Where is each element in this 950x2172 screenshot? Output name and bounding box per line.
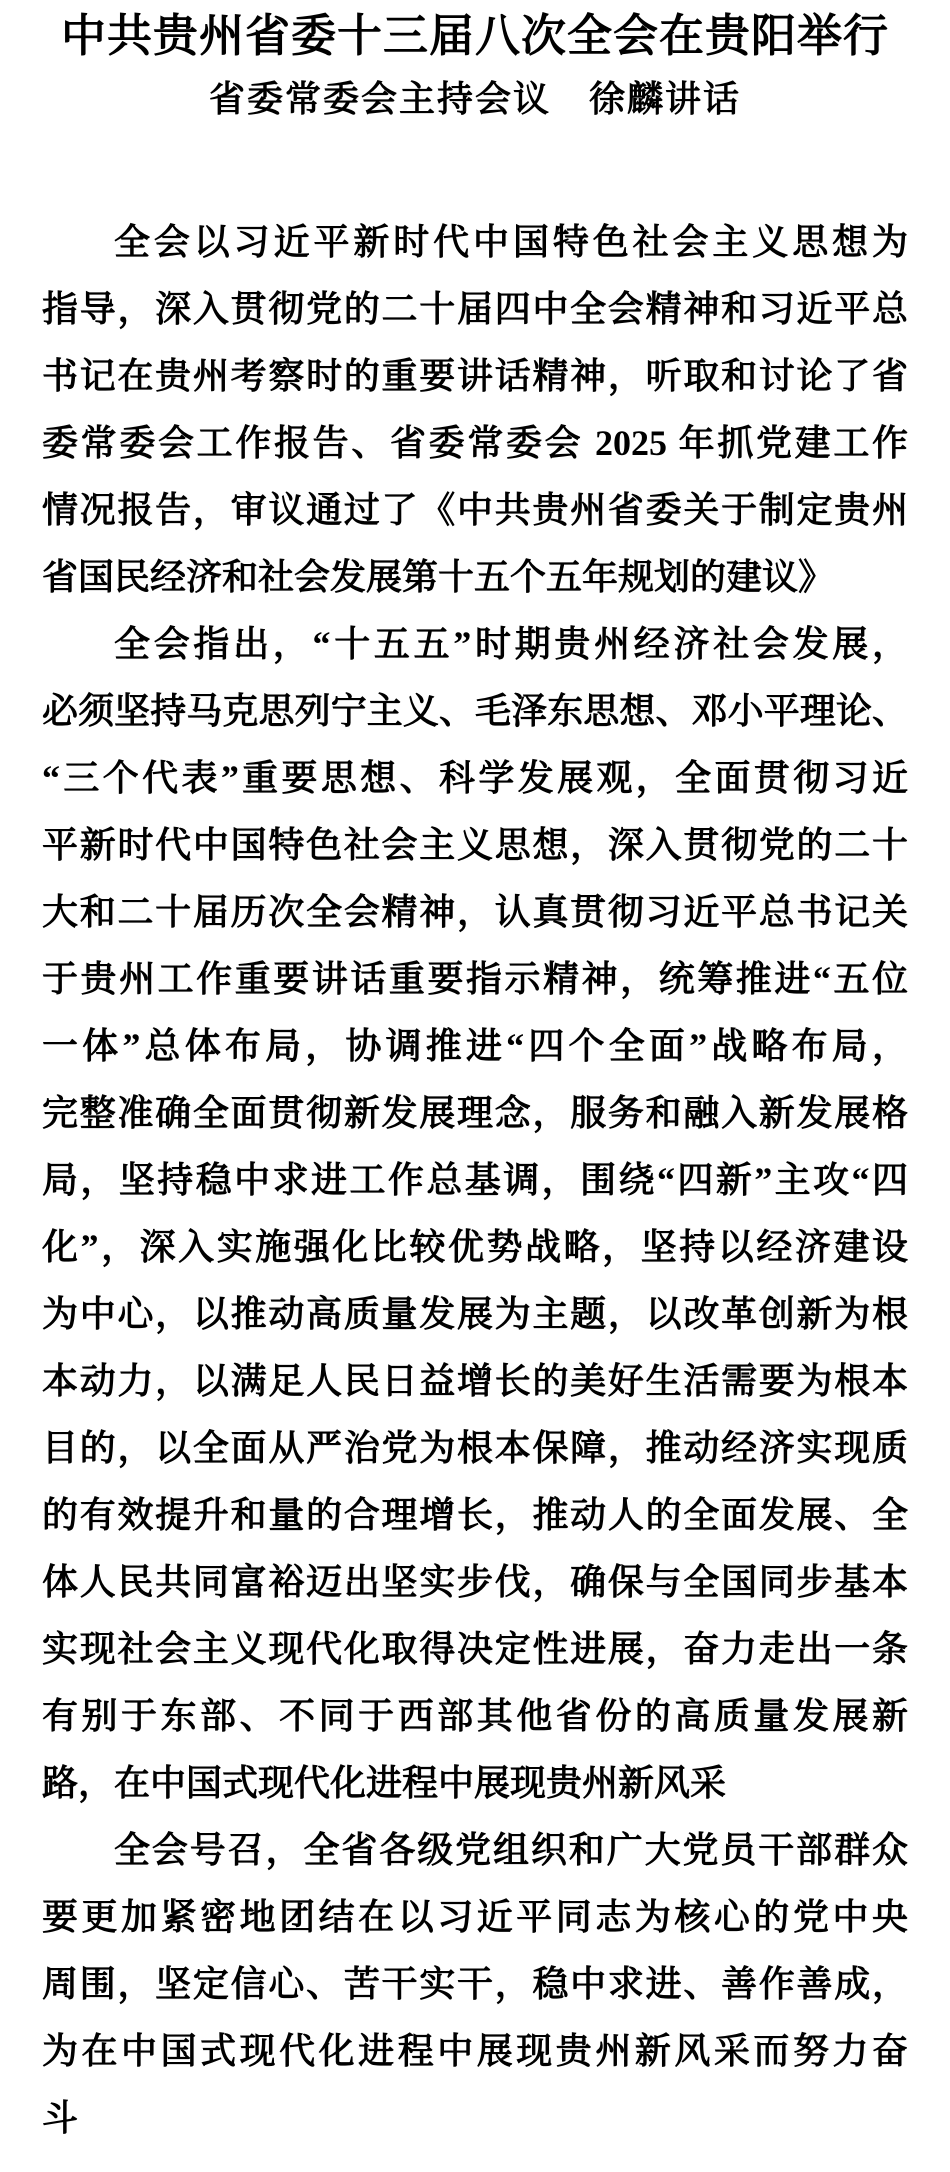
paragraph-2-line-5: 大和二十届历次全会精神，认真贯彻习近平总书记关 [42, 879, 908, 946]
paragraph-2-line-11: 为中心，以推动高质量发展为主题，以改革创新为根 [42, 1281, 908, 1348]
article-subtitle: 省委常委会主持会议 徐麟讲话 [42, 78, 908, 121]
paragraph-2-line-12: 本动力，以满足人民日益增长的美好生活需要为根本 [42, 1348, 908, 1415]
paragraph-3-line-2: 要更加紧密地团结在以习近平同志为核心的党中央 [42, 1884, 908, 1951]
paragraph-2-line-7: 一体”总体布局，协调推进“四个全面”战略布局， [42, 1013, 908, 1080]
paragraph-1-line-4: 委常委会工作报告、省委常委会 2025 年抓党建工作 [42, 410, 908, 477]
article-title: 中共贵州省委十三届八次全会在贵阳举行 [42, 8, 908, 64]
paragraph-2-line-14: 的有效提升和量的合理增长，推动人的全面发展、全 [42, 1482, 908, 1549]
paragraph-2-line-1: 全会指出，“十五五”时期贵州经济社会发展， [42, 611, 908, 678]
paragraph-2-line-16: 实现社会主义现代化取得决定性进展，奋力走出一条 [42, 1616, 908, 1683]
paragraph-2-line-17: 有别于东部、不同于西部其他省份的高质量发展新 [42, 1683, 908, 1750]
paragraph-2-line-18: 路，在中国式现代化进程中展现贵州新风采 [42, 1750, 908, 1817]
paragraph-2-line-9: 局，坚持稳中求进工作总基调，围绕“四新”主攻“四 [42, 1147, 908, 1214]
paragraph-1-line-3: 书记在贵州考察时的重要讲话精神，听取和讨论了省 [42, 343, 908, 410]
paragraph-3-line-1: 全会号召，全省各级党组织和广大党员干部群众 [42, 1817, 908, 1884]
paragraph-2-line-15: 体人民共同富裕迈出坚实步伐，确保与全国同步基本 [42, 1549, 908, 1616]
paragraph-2-line-3: “三个代表”重要思想、科学发展观，全面贯彻习近 [42, 745, 908, 812]
paragraph-2-line-4: 平新时代中国特色社会主义思想，深入贯彻党的二十 [42, 812, 908, 879]
paragraph-1-line-2: 指导，深入贯彻党的二十届四中全会精神和习近平总 [42, 276, 908, 343]
paragraph-3-line-3: 周围，坚定信心、苦干实干，稳中求进、善作善成， [42, 1951, 908, 2018]
paragraph-2-line-13: 目的，以全面从严治党为根本保障，推动经济实现质 [42, 1415, 908, 1482]
paragraph-1-line-1: 全会以习近平新时代中国特色社会主义思想为 [42, 209, 908, 276]
paragraph-2-line-8: 完整准确全面贯彻新发展理念，服务和融入新发展格 [42, 1080, 908, 1147]
document-page: 中共贵州省委十三届八次全会在贵阳举行 省委常委会主持会议 徐麟讲话 全会以习近平… [0, 0, 950, 2172]
paragraph-2-line-2: 必须坚持马克思列宁主义、毛泽东思想、邓小平理论、 [42, 678, 908, 745]
paragraph-2-line-6: 于贵州工作重要讲话重要指示精神，统筹推进“五位 [42, 946, 908, 1013]
paragraph-2-line-10: 化”，深入实施强化比较优势战略，坚持以经济建设 [42, 1214, 908, 1281]
article-body: 全会以习近平新时代中国特色社会主义思想为指导，深入贯彻党的二十届四中全会精神和习… [42, 209, 908, 2152]
paragraph-1-line-5: 情况报告，审议通过了《中共贵州省委关于制定贵州 [42, 477, 908, 544]
paragraph-1-line-6: 省国民经济和社会发展第十五个五年规划的建议》 [42, 544, 908, 611]
paragraph-3-line-5: 斗 [42, 2085, 908, 2152]
paragraph-3-line-4: 为在中国式现代化进程中展现贵州新风采而努力奋 [42, 2018, 908, 2085]
